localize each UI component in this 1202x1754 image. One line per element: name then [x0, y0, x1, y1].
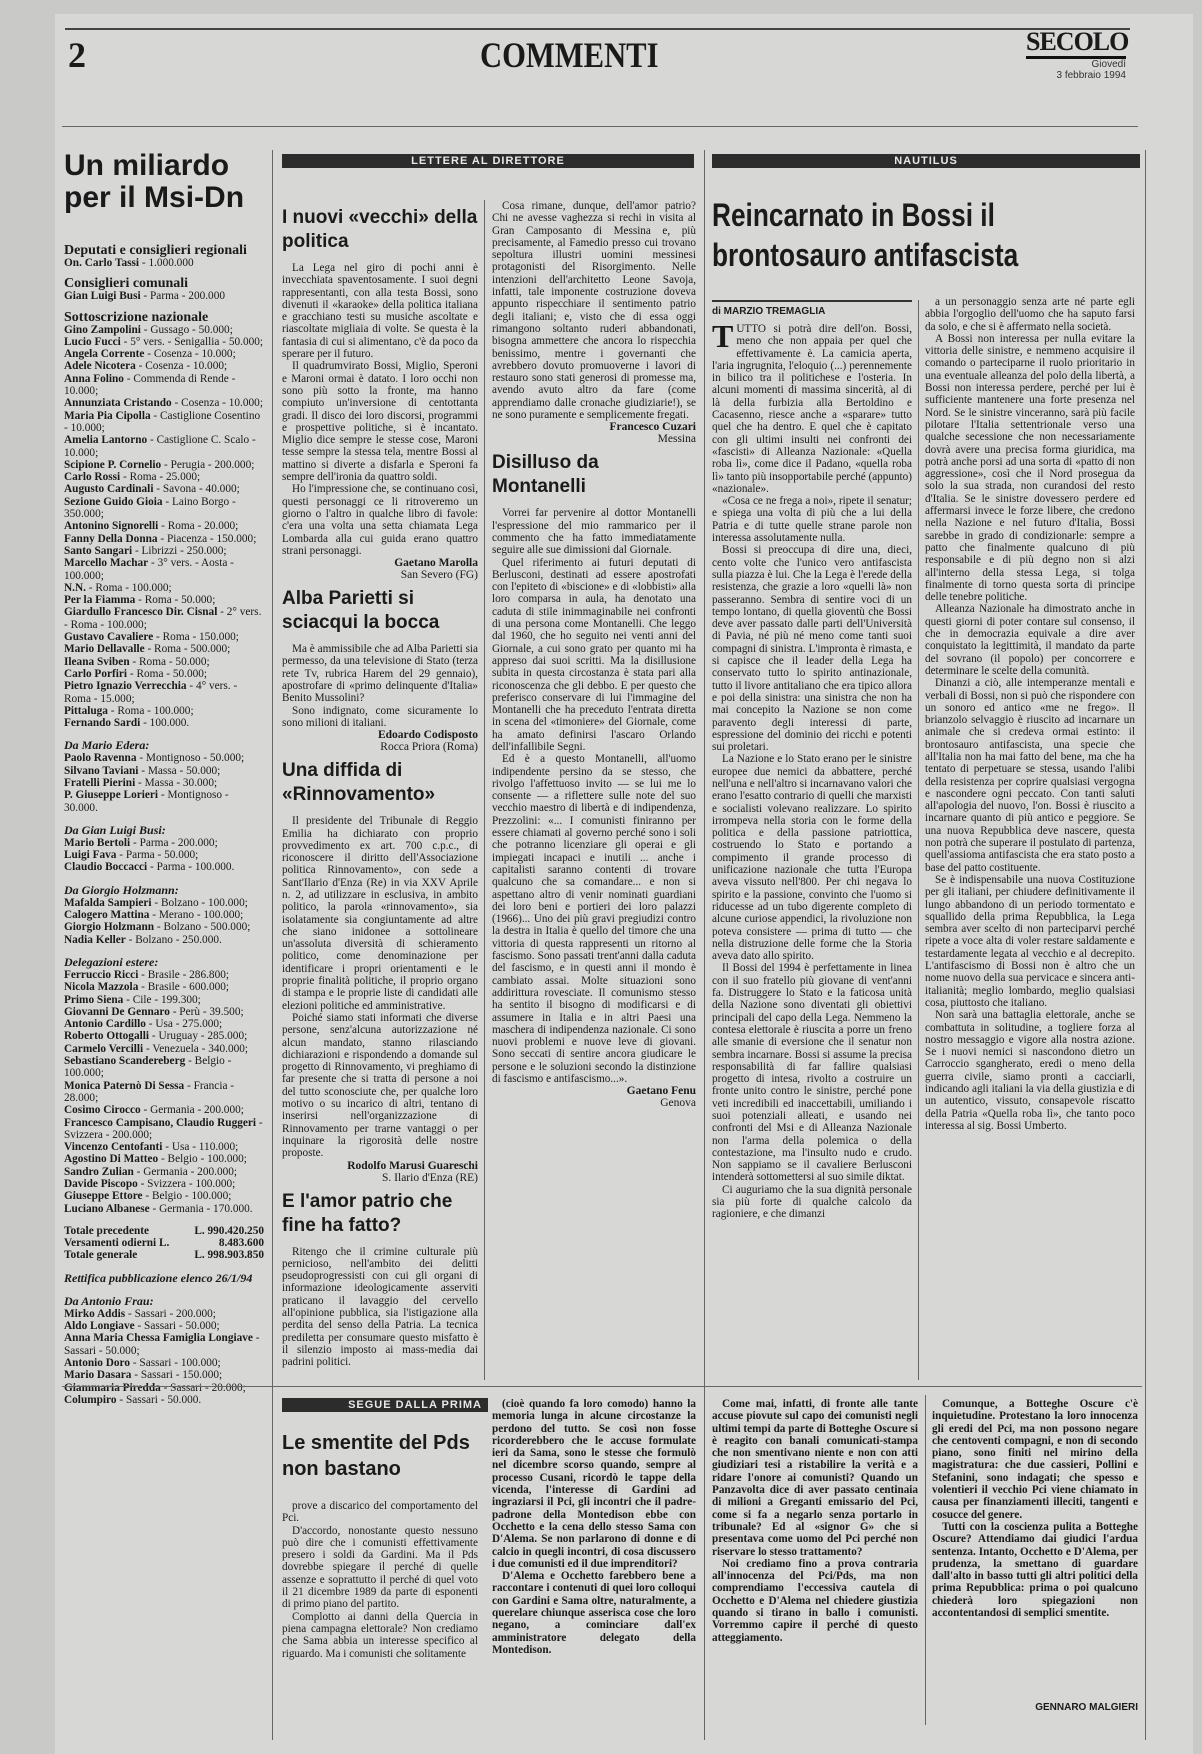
list-item: Mario Bertoli - Parma - 200.000; [64, 837, 264, 849]
paragraph: Ed è a questo Montanelli, all'uomo indip… [492, 753, 696, 1085]
donor-name: Marcello Machar [64, 557, 148, 569]
donor-name: Giuseppe Ettore [64, 1190, 143, 1202]
donor-detail: - Svizzera - 100.000; [138, 1178, 236, 1190]
segue-column-3: Come mai, infatti, di fronte alle tante … [712, 1398, 918, 1644]
letter-body: Il presidente del Tribunale di Reggio Em… [282, 815, 478, 1159]
segue-column-4: Comunque, a Botteghe Oscure c'è inquietu… [932, 1398, 1138, 1619]
donor-detail: - Roma - 500.000; [145, 643, 231, 655]
donor-detail: - Savona - 40.000; [153, 483, 239, 495]
letter-place: Genova [492, 1097, 696, 1109]
letter: Una diffida di «Rinnovamento»Il presiden… [282, 759, 478, 1183]
section-title: COMMENTI [480, 34, 659, 76]
list-item: Davide Piscopo - Svizzera - 100.000; [64, 1178, 264, 1190]
donor-name: Sebastiano Scandereberg [64, 1055, 185, 1067]
donor-detail: - Cosenza - 10.000; [172, 397, 263, 409]
list-item: Augusto Cardinali - Savona - 40.000; [64, 483, 264, 495]
column-divider [925, 1395, 926, 1725]
donor-detail: - Librizzi - 250.000; [132, 545, 226, 557]
newspaper-logo: SECOLO Giovedì 3 febbraio 1994 [1026, 28, 1126, 81]
letter-headline: I nuovi «vecchi» della politica [282, 206, 478, 254]
list-item: Antonio Cardillo - Usa - 275.000; [64, 1018, 264, 1030]
list-item: Fernando Sardi - 100.000. [64, 717, 264, 729]
list-item: Mafalda Sampieri - Bolzano - 100.000; [64, 897, 264, 909]
correction-subheading: Da Antonio Frau: [64, 1295, 264, 1308]
donor-name: Giardullo Francesco Dir. Cisnal [64, 606, 217, 618]
paragraph: La Lega nel giro di pochi anni è invecch… [282, 262, 478, 360]
paragraph: a un personaggio senza arte né parte egl… [925, 296, 1135, 333]
nautilus-column-2: a un personaggio senza arte né parte egl… [925, 296, 1135, 1132]
subscription-groups: Deputati e consiglieri regionaliOn. Carl… [64, 244, 264, 1215]
paragraph: Alleanza Nazionale ha dimostrato anche i… [925, 603, 1135, 677]
letter-place: Messina [492, 433, 696, 445]
page-number: 2 [68, 34, 86, 76]
donor-name: Monica Paternò Di Sessa [64, 1080, 184, 1092]
donor-name: Augusto Cardinali [64, 483, 153, 495]
list-item: On. Carlo Tassi - 1.000.000 [64, 257, 264, 269]
donor-detail: - Sassari - 20.000; [161, 1382, 246, 1394]
donor-detail: - Roma - 150.000; [153, 631, 239, 643]
letter-signature: Gaetano Fenu [492, 1085, 696, 1097]
donor-detail: - Perugia - 200.000; [161, 459, 254, 471]
donor-name: Mario Dasara [64, 1369, 131, 1381]
donor-name: Columpiro [64, 1394, 117, 1406]
letter-headline: Una diffida di «Rinnovamento» [282, 759, 478, 807]
group-heading: Da Gian Luigi Busi: [64, 824, 264, 837]
total-value: L. 998.903.850 [194, 1249, 264, 1261]
list-item: Angela Corrente - Cosenza - 10.000; [64, 348, 264, 360]
donor-detail: - Brasile - 286.800; [138, 969, 229, 981]
paragraph: Il quadrumvirato Bossi, Miglio, Speroni … [282, 360, 478, 483]
segue-column-2: (cioè quando fa loro comodo) hanno la me… [492, 1398, 696, 1656]
letter: E l'amor patrio che fine ha fatto?Riteng… [282, 1190, 478, 1369]
list-item: Annunziata Cristando - Cosenza - 10.000; [64, 397, 264, 409]
list-item: Amelia Lantorno - Castiglione C. Scalo -… [64, 434, 264, 459]
donor-name: N.N. [64, 582, 86, 594]
total-label: Totale generale [64, 1249, 137, 1261]
list-item: Anna Maria Chessa Famiglia Longiave - Sa… [64, 1332, 264, 1357]
paragraph: Complotto ai danni della Quercia in pien… [282, 1611, 478, 1660]
group-heading: Da Giorgio Holzmann: [64, 884, 264, 897]
donor-detail: - Belgio - 100.000; [143, 1190, 232, 1202]
donor-detail: - Sassari - 100.000; [130, 1357, 221, 1369]
byline: di MARZIO TREMAGLIA [712, 300, 912, 317]
donor-name: Paolo Ravenna [64, 752, 137, 764]
paragraph: Ritengo che il crimine culturale più per… [282, 1246, 478, 1369]
donor-name: P. Giuseppe Lorieri [64, 789, 158, 801]
donor-name: On. Carlo Tassi [64, 257, 139, 269]
paragraph: Come mai, infatti, di fronte alle tante … [712, 1398, 918, 1558]
paragraph: Dinanzi a ciò, alle intemperanze mentali… [925, 677, 1135, 874]
donor-name: Gino Zampolini [64, 324, 141, 336]
donor-name: Giovanni De Gennaro [64, 1006, 170, 1018]
letter-signature: Francesco Cuzari [492, 421, 696, 433]
donor-name: Annunziata Cristando [64, 397, 172, 409]
letter: Disilluso da MontanelliVorrei far perven… [492, 451, 696, 1109]
letter-place: Rocca Priora (Roma) [282, 741, 478, 753]
paragraph: Noi crediamo fino a prova contraria all'… [712, 1558, 918, 1644]
donor-detail: - Massa - 50.000; [138, 765, 220, 777]
list-item: Columpiro - Sassari - 50.000. [64, 1394, 264, 1406]
list-item: Santo Sangari - Librizzi - 250.000; [64, 545, 264, 557]
correction-heading: Rettifica pubblicazione elenco 26/1/94 [64, 1272, 264, 1285]
column-divider [272, 150, 273, 1740]
paragraph: D'accordo, nonostante questo nessuno può… [282, 1525, 478, 1611]
donor-name: Vincenzo Centofanti [64, 1141, 162, 1153]
donor-name: Lucio Fucci [64, 336, 121, 348]
donor-name: Adele Nicotera [64, 360, 136, 372]
list-item: Mirko Addis - Sassari - 200.000; [64, 1308, 264, 1320]
donor-name: Carlo Rossi [64, 471, 120, 483]
donor-name: Luciano Albanese [64, 1203, 150, 1215]
paragraph: La Nazione e lo Stato erano per le sinis… [712, 753, 912, 962]
donor-name: Agostino Di Matteo [64, 1153, 158, 1165]
donor-name: Carlo Porfiri [64, 668, 127, 680]
paragraph: (cioè quando fa loro comodo) hanno la me… [492, 1398, 696, 1570]
donor-detail: - Roma - 20.000; [158, 520, 238, 532]
donor-detail: - Merano - 100.000; [149, 909, 243, 921]
letter-body: Cosa rimane, dunque, dell'amor patrio? C… [492, 200, 696, 421]
donor-name: Francesco Campisano, Claudio Ruggeri [64, 1117, 256, 1129]
donor-name: Cosimo Cirocco [64, 1104, 141, 1116]
paragraph: Ma è ammissibile che ad Alba Parietti si… [282, 643, 478, 704]
donor-detail: - Roma - 100.000; [86, 582, 172, 594]
list-item: Primo Siena - Cile - 199.300; [64, 994, 264, 1006]
list-item: Per la Fiamma - Roma - 50.000; [64, 594, 264, 606]
donor-detail: - Parma - 100.000. [147, 861, 234, 873]
subscription-totals: Totale precedenteL. 990.420.250Versament… [64, 1225, 264, 1262]
list-item: Nicola Mazzola - Brasile - 600.000; [64, 981, 264, 993]
total-row: Totale precedenteL. 990.420.250 [64, 1225, 264, 1237]
group-heading: Consiglieri comunali [64, 277, 264, 290]
list-item: Maria Pia Cipolla - Castiglione Cosentin… [64, 410, 264, 435]
list-item: P. Giuseppe Lorieri - Montignoso - 30.00… [64, 789, 264, 814]
list-item: Carlo Porfiri - Roma - 50.000; [64, 668, 264, 680]
donor-name: Santo Sangari [64, 545, 132, 557]
list-item: Lucio Fucci - 5° vers. - Senigallia - 50… [64, 336, 264, 348]
donor-detail: - Germania - 200.000; [134, 1166, 237, 1178]
donor-name: Pietro Ignazio Verrecchia [64, 680, 187, 692]
paragraph: Ho l'impressione che, se continuano così… [282, 483, 478, 557]
group-heading: Deputati e consiglieri regionali [64, 244, 264, 257]
donor-name: Anna Maria Chessa Famiglia Longiave [64, 1332, 253, 1344]
donor-name: Per la Fiamma [64, 594, 135, 606]
donor-detail: - Sassari - 50.000. [117, 1394, 202, 1406]
donor-name: Mirko Addis [64, 1308, 125, 1320]
donor-detail: - Cosenza - 10.000; [136, 360, 227, 372]
donor-name: Amelia Lantorno [64, 434, 147, 446]
paragraph: TUTTO si potrà dire dell'on. Bossi, meno… [712, 323, 912, 495]
donor-detail: - Parma - 50.000; [116, 849, 198, 861]
donor-detail: - Montignoso - 50.000; [137, 752, 245, 764]
donor-name: Nicola Mazzola [64, 981, 138, 993]
group-heading: Delegazioni estere: [64, 956, 264, 969]
donor-name: Davide Piscopo [64, 1178, 138, 1190]
section-rule [62, 1386, 1142, 1387]
paragraph: Vorrei far pervenire al dottor Montanell… [492, 507, 696, 556]
list-item: Gustavo Cavaliere - Roma - 150.000; [64, 631, 264, 643]
list-item: Mario Dellavalle - Roma - 500.000; [64, 643, 264, 655]
paragraph: Il Bossi del 1994 è perfettamente in lin… [712, 962, 912, 1183]
donor-name: Primo Siena [64, 994, 123, 1006]
paragraph: «Cosa ce ne frega a noi», ripete il sena… [712, 495, 912, 544]
paragraph: prove a discarico del comportamento del … [282, 1500, 478, 1525]
letters-banner: LETTERE AL DIRETTORE [282, 154, 694, 168]
nautilus-body-1: TUTTO si potrà dire dell'on. Bossi, meno… [712, 323, 912, 1221]
donor-detail: - Sassari - 150.000; [131, 1369, 222, 1381]
letter-signature: Edoardo Codisposto [282, 729, 478, 741]
donor-name: Antonino Signorelli [64, 520, 158, 532]
paragraph: D'Alema e Occhetto farebbero bene a racc… [492, 1570, 696, 1656]
group-heading: Da Mario Edera: [64, 739, 264, 752]
donor-name: Ileana Sviben [64, 656, 130, 668]
donor-name: Fanny Della Donna [64, 533, 158, 545]
letter-body: Ritengo che il crimine culturale più per… [282, 1246, 478, 1369]
donor-detail: - Germania - 170.000. [150, 1203, 253, 1215]
list-item: Giammaria Piredda - Sassari - 20.000; [64, 1382, 264, 1394]
list-item: Roberto Ottogalli - Uruguay - 285.000; [64, 1030, 264, 1042]
donor-name: Giorgio Holzmann [64, 921, 154, 933]
letter-body: La Lega nel giro di pochi anni è invecch… [282, 262, 478, 557]
list-item: Adele Nicotera - Cosenza - 10.000; [64, 360, 264, 372]
column-divider [1145, 150, 1146, 1740]
list-item: Giuseppe Ettore - Belgio - 100.000; [64, 1190, 264, 1202]
donor-detail: - Cosenza - 10.000; [144, 348, 235, 360]
list-item: Luciano Albanese - Germania - 170.000. [64, 1203, 264, 1215]
donor-detail: - Roma - 50.000; [130, 656, 210, 668]
donor-name: Calogero Mattina [64, 909, 149, 921]
donor-name: Silvano Taviani [64, 765, 138, 777]
letter-headline: E l'amor patrio che fine ha fatto? [282, 1190, 478, 1238]
letter-place: S. Ilario d'Enza (RE) [282, 1172, 478, 1184]
donor-name: Pittaluga [64, 705, 108, 717]
paragraph: Cosa rimane, dunque, dell'amor patrio? C… [492, 200, 696, 421]
paragraph: Non sarà una battaglia elettorale, anche… [925, 1009, 1135, 1132]
paragraph: Comunque, a Botteghe Oscure c'è inquietu… [932, 1398, 1138, 1521]
paragraph: Il presidente del Tribunale di Reggio Em… [282, 815, 478, 1012]
list-item: Calogero Mattina - Merano - 100.000; [64, 909, 264, 921]
donor-name: Scipione P. Cornelio [64, 459, 161, 471]
issue-day: Giovedì [1026, 59, 1126, 70]
list-item: Agostino Di Matteo - Belgio - 100.000; [64, 1153, 264, 1165]
donor-detail: - 5° vers. - Senigallia - 50.000; [121, 336, 263, 348]
list-item: Giardullo Francesco Dir. Cisnal - 2° ver… [64, 606, 264, 631]
donor-name: Fratelli Pierini [64, 777, 135, 789]
letters-column-1: I nuovi «vecchi» della politicaLa Lega n… [282, 200, 478, 1368]
donor-name: Aldo Longiave [64, 1320, 135, 1332]
donor-name: Mario Dellavalle [64, 643, 145, 655]
total-row: Totale generaleL. 998.903.850 [64, 1249, 264, 1261]
list-item: Sezione Guido Gioia - Laino Borgo - 350.… [64, 496, 264, 521]
donor-detail: - Parma - 200.000 [141, 290, 225, 302]
letter-headline: Alba Parietti si sciacqui la bocca [282, 587, 478, 635]
donor-name: Nadia Keller [64, 934, 126, 946]
frame-rule [62, 126, 1138, 127]
list-item: Marcello Machar - 3° vers. - Aosta - 100… [64, 557, 264, 582]
list-item: Luigi Fava - Parma - 50.000; [64, 849, 264, 861]
column-divider [918, 300, 919, 1380]
list-item: Claudio Boccacci - Parma - 100.000. [64, 861, 264, 873]
column-divider [484, 200, 485, 1380]
list-item: Scipione P. Cornelio - Perugia - 200.000… [64, 459, 264, 471]
list-item: Cosimo Cirocco - Germania - 200.000; [64, 1104, 264, 1116]
letter-signature: Rodolfo Marusi Guareschi [282, 1160, 478, 1172]
list-item: Ileana Sviben - Roma - 50.000; [64, 656, 264, 668]
donor-detail: - Venezuela - 340.000; [143, 1043, 248, 1055]
paragraph: A Bossi non interessa per nulla evitare … [925, 333, 1135, 604]
donor-detail: - Roma - 25.000; [120, 471, 200, 483]
donor-name: Luigi Fava [64, 849, 116, 861]
nautilus-column-1: di MARZIO TREMAGLIA TUTTO si potrà dire … [712, 300, 912, 1221]
donor-name: Anna Folino [64, 373, 124, 385]
letter-body: Ma è ammissibile che ad Alba Parietti si… [282, 643, 478, 729]
list-item: Ferruccio Ricci - Brasile - 286.800; [64, 969, 264, 981]
donor-detail: - Belgio - 100.000; [158, 1153, 247, 1165]
column-divider [704, 150, 705, 1740]
logo-name: SECOLO [1026, 28, 1126, 59]
paragraph: Tutti con la coscienza pulita a Botteghe… [932, 1521, 1138, 1619]
list-item: Fratelli Pierini - Massa - 30.000; [64, 777, 264, 789]
donor-name: Mario Bertoli [64, 837, 130, 849]
donor-detail: - Perù - 39.500; [170, 1006, 244, 1018]
list-item: Nadia Keller - Bolzano - 250.000. [64, 934, 264, 946]
list-item: Paolo Ravenna - Montignoso - 50.000; [64, 752, 264, 764]
list-item: Vincenzo Centofanti - Usa - 110.000; [64, 1141, 264, 1153]
donor-name: Sezione Guido Gioia [64, 496, 163, 508]
donor-detail: - Usa - 275.000; [146, 1018, 222, 1030]
donor-name: Mafalda Sampieri [64, 897, 152, 909]
list-item: Pietro Ignazio Verrecchia - 4° vers. - R… [64, 680, 264, 705]
list-item: Sandro Zulian - Germania - 200.000; [64, 1166, 264, 1178]
list-item: Sebastiano Scandereberg - Belgio - 100.0… [64, 1055, 264, 1080]
donor-name: Gian Luigi Busi [64, 290, 141, 302]
list-item: Giovanni De Gennaro - Perù - 39.500; [64, 1006, 264, 1018]
donor-detail: - Uruguay - 285.000; [149, 1030, 247, 1042]
donor-name: Fernando Sardi [64, 717, 140, 729]
donor-name: Antonio Doro [64, 1357, 130, 1369]
list-item: Antonio Doro - Sassari - 100.000; [64, 1357, 264, 1369]
list-item: Carlo Rossi - Roma - 25.000; [64, 471, 264, 483]
letter-continuation: Cosa rimane, dunque, dell'amor patrio? C… [492, 200, 696, 445]
donor-detail: - Bolzano - 250.000. [126, 934, 222, 946]
segue-headline: Le smentite del Pds non bastano [282, 1430, 482, 1482]
issue-date: 3 febbraio 1994 [1026, 70, 1126, 81]
letter-signature: Gaetano Marolla [282, 557, 478, 569]
donor-detail: - 100.000. [140, 717, 189, 729]
donor-name: Sandro Zulian [64, 1166, 134, 1178]
total-label: Totale precedente [64, 1225, 149, 1237]
donor-detail: - Bolzano - 500.000; [154, 921, 250, 933]
donor-detail: - Parma - 200.000; [130, 837, 218, 849]
total-label: Versamenti odierni L. [64, 1237, 169, 1249]
subscription-title: Un miliardo per il Msi-Dn [64, 150, 264, 214]
paragraph: Bossi si preoccupa di dire una, dieci, c… [712, 544, 912, 753]
donor-name: Gustavo Cavaliere [64, 631, 153, 643]
segue-author: GENNARO MALGIERI [932, 1702, 1138, 1713]
list-item: Gian Luigi Busi - Parma - 200.000 [64, 290, 264, 302]
list-item: N.N. - Roma - 100.000; [64, 582, 264, 594]
total-value: L. 990.420.250 [194, 1225, 264, 1237]
donor-detail: - Sassari - 50.000; [135, 1320, 220, 1332]
letters-column-2: Cosa rimane, dunque, dell'amor patrio? C… [492, 200, 696, 1115]
segue-banner: SEGUE DALLA PRIMA [282, 1398, 488, 1412]
letter: Alba Parietti si sciacqui la boccaMa è a… [282, 587, 478, 753]
donor-detail: - Massa - 30.000; [135, 777, 217, 789]
donor-detail: - Roma - 50.000; [135, 594, 215, 606]
group-heading: Sottoscrizione nazionale [64, 311, 264, 324]
list-item: Monica Paternò Di Sessa - Francia - 28.0… [64, 1080, 264, 1105]
list-item: Aldo Longiave - Sassari - 50.000; [64, 1320, 264, 1332]
total-value: 8.483.600 [219, 1237, 264, 1249]
donor-detail: - Bolzano - 100.000; [152, 897, 248, 909]
list-item: Antonino Signorelli - Roma - 20.000; [64, 520, 264, 532]
donor-name: Roberto Ottogalli [64, 1030, 149, 1042]
donor-name: Claudio Boccacci [64, 861, 147, 873]
masthead-rule [65, 28, 1130, 30]
letter-place: San Severo (FG) [282, 569, 478, 581]
donor-detail: - Gussago - 50.000; [141, 324, 233, 336]
donor-detail: - Cile - 199.300; [123, 994, 201, 1006]
paragraph: Sono indignato, come sicuramente lo sono… [282, 705, 478, 730]
donor-name: Angela Corrente [64, 348, 144, 360]
donor-detail: - Roma - 100.000; [108, 705, 194, 717]
donor-detail: - Brasile - 600.000; [138, 981, 229, 993]
subscription-column: Un miliardo per il Msi-Dn Deputati e con… [64, 150, 264, 1406]
list-item: Pittaluga - Roma - 100.000; [64, 705, 264, 717]
segue-column-1: prove a discarico del comportamento del … [282, 1500, 478, 1660]
nautilus-headline: Reincarnato in Bossi il brontosauro anti… [712, 195, 1138, 275]
donor-detail: - Sassari - 200.000; [125, 1308, 216, 1320]
donor-name: Maria Pia Cipolla [64, 410, 151, 422]
donor-detail: - Roma - 50.000; [127, 668, 207, 680]
list-item: Anna Folino - Commenda di Rende - 10.000… [64, 373, 264, 398]
total-row: Versamenti odierni L.8.483.600 [64, 1237, 264, 1249]
nautilus-banner: NAUTILUS [712, 154, 1140, 168]
list-item: Giorgio Holzmann - Bolzano - 500.000; [64, 921, 264, 933]
donor-detail: - 1.000.000 [139, 257, 194, 269]
list-item: Gino Zampolini - Gussago - 50.000; [64, 324, 264, 336]
paragraph: Ci auguriamo che la sua dignità personal… [712, 1184, 912, 1221]
donor-detail: - Piacenza - 150.000; [158, 533, 257, 545]
letter-headline: Disilluso da Montanelli [492, 451, 696, 499]
donor-detail: - Usa - 110.000; [162, 1141, 238, 1153]
letter-body: Vorrei far pervenire al dottor Montanell… [492, 507, 696, 1085]
list-item: Fanny Della Donna - Piacenza - 150.000; [64, 533, 264, 545]
list-item: Mario Dasara - Sassari - 150.000; [64, 1369, 264, 1381]
list-item: Francesco Campisano, Claudio Ruggeri - S… [64, 1117, 264, 1142]
paragraph: Poiché siamo stati informati che diverse… [282, 1012, 478, 1160]
donor-name: Ferruccio Ricci [64, 969, 138, 981]
donor-detail: - Germania - 200.000; [141, 1104, 244, 1116]
donor-name: Carmelo Vercilli [64, 1043, 143, 1055]
paragraph: Quel riferimento ai futuri deputati di B… [492, 557, 696, 754]
letter: I nuovi «vecchi» della politicaLa Lega n… [282, 206, 478, 581]
donor-name: Giammaria Piredda [64, 1382, 161, 1394]
list-item: Silvano Taviani - Massa - 50.000; [64, 765, 264, 777]
dropcap-letter: T [712, 323, 733, 349]
donor-name: Antonio Cardillo [64, 1018, 146, 1030]
paragraph: Se è indispensabile una nuova Costituzio… [925, 874, 1135, 1009]
list-item: Carmelo Vercilli - Venezuela - 340.000; [64, 1043, 264, 1055]
